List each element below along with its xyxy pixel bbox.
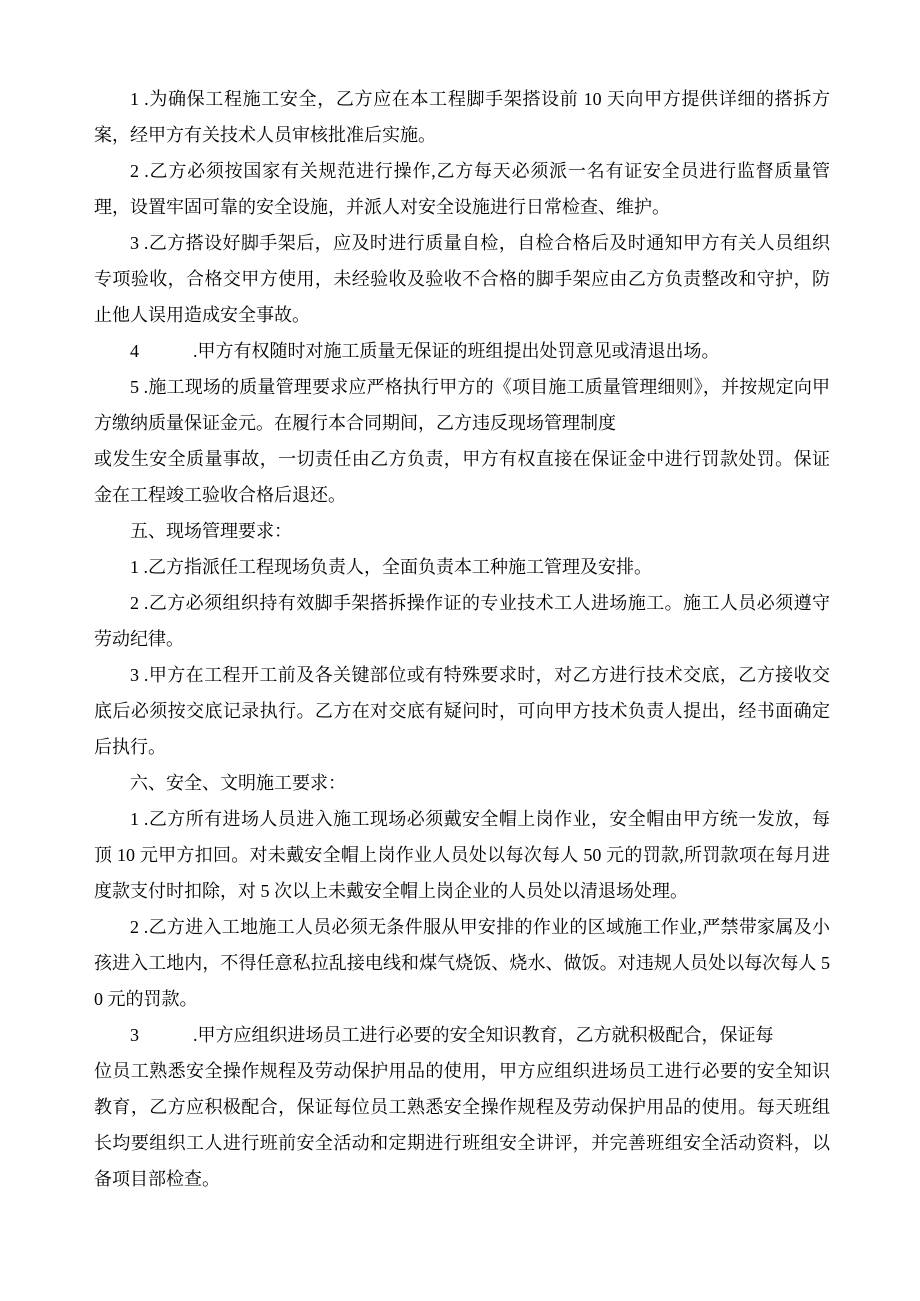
clause-item-5-continuation: 或发生安全质量事故，一切责任由乙方负责，甲方有权直接在保证金中进行罚款处罚。保证… — [94, 441, 830, 513]
clause-item-2: 2 .乙方必须按国家有关规范进行操作,乙方每天必须派一名有证安全员进行监督质量管… — [94, 153, 830, 225]
site-mgmt-item-2: 2 .乙方必须组织持有效脚手架搭拆操作证的专业技术工人进场施工。施工人员必须遵守… — [94, 585, 830, 657]
document-page: 1 .为确保工程施工安全，乙方应在本工程脚手架搭设前 10 天向甲方提供详细的搭… — [0, 0, 920, 1301]
site-mgmt-item-3: 3 .甲方在工程开工前及各关键部位或有特殊要求时，对乙方进行技术交底，乙方接收交… — [94, 657, 830, 765]
clause-item-4: 4 .甲方有权随时对施工质量无保证的班组提出处罚意见或清退出场。 — [94, 333, 830, 369]
safety-item-2: 2 .乙方进入工地施工人员必须无条件服从甲安排的作业的区域施工作业,严禁带家属及… — [94, 909, 830, 1017]
section-heading-6: 六、安全、文明施工要求： — [94, 765, 830, 801]
clause-item-5: 5 .施工现场的质量管理要求应严格执行甲方的《项目施工质量管理细则》，并按规定向… — [94, 369, 830, 441]
safety-item-1: 1 .乙方所有进场人员进入施工现场必须戴安全帽上岗作业，安全帽由甲方统一发放，每… — [94, 801, 830, 909]
safety-item-3: 3 .甲方应组织进场员工进行必要的安全知识教育，乙方就积极配合，保证每 — [94, 1017, 830, 1053]
clause-item-3: 3 .乙方搭设好脚手架后，应及时进行质量自检，自检合格后及时通知甲方有关人员组织… — [94, 225, 830, 333]
section-heading-5: 五、现场管理要求： — [94, 513, 830, 549]
safety-item-3-continuation: 位员工熟悉安全操作规程及劳动保护用品的使用，甲方应组织进场员工进行必要的安全知识… — [94, 1053, 830, 1197]
site-mgmt-item-1: 1 .乙方指派任工程现场负责人，全面负责本工种施工管理及安排。 — [94, 549, 830, 585]
clause-item-1: 1 .为确保工程施工安全，乙方应在本工程脚手架搭设前 10 天向甲方提供详细的搭… — [94, 81, 830, 153]
